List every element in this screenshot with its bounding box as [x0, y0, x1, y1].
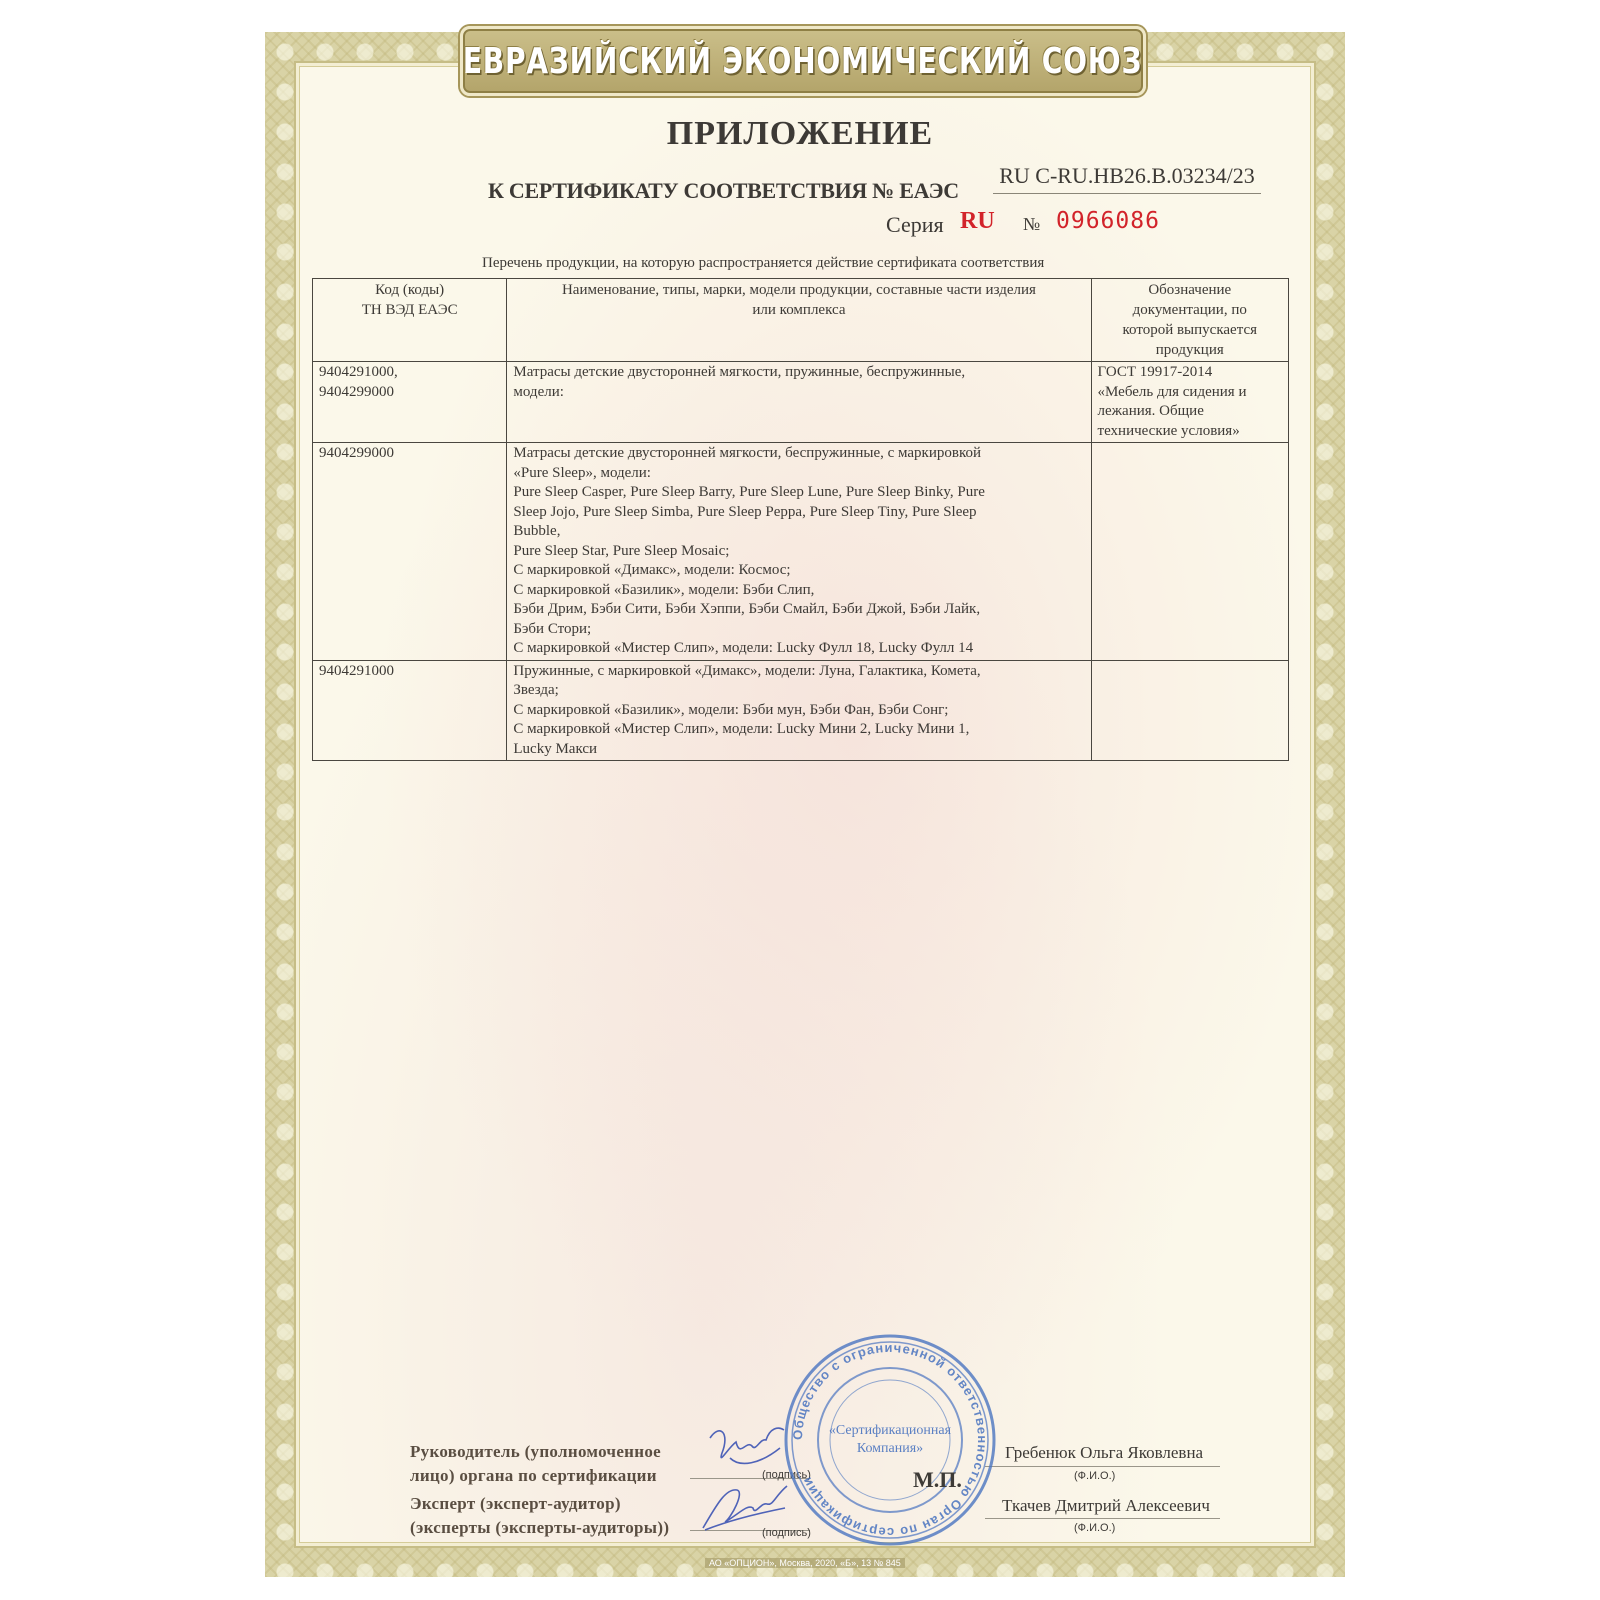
stamp-seal-icon: Общество с ограниченной ответственностью… — [780, 1330, 1000, 1550]
cell-name-line: С маркировкой «Мистер Слип», модели: Luc… — [513, 720, 1084, 740]
expert-label: Эксперт (эксперт-аудитор) (эксперты (экс… — [410, 1492, 669, 1540]
cell-name-line: С маркировкой «Базилик», модели: Бэби Сл… — [513, 581, 1084, 601]
cell-code-line: 9404299000 — [319, 444, 500, 464]
col-header-name: Наименование, типы, марки, модели продук… — [507, 279, 1091, 362]
table-row: 9404299000Матрасы детские двусторонней м… — [313, 443, 1289, 661]
col-header-code: Код (коды)ТН ВЭД ЕАЭС — [313, 279, 507, 362]
cell-doc — [1091, 443, 1288, 661]
union-banner-text: ЕВРАЗИЙСКИЙ ЭКОНОМИЧЕСКИЙ СОЮЗ — [463, 41, 1142, 82]
cell-name-line: Pure Sleep Star, Pure Sleep Mosaic; — [513, 542, 1084, 562]
certificate-number: RU C-RU.НВ26.В.03234/23 — [993, 163, 1261, 194]
products-table: Код (коды)ТН ВЭД ЕАЭС Наименование, типы… — [312, 278, 1289, 761]
cell-name-line: С маркировкой «Базилик», модели: Бэби му… — [513, 701, 1084, 721]
cell-code: 9404299000 — [313, 443, 507, 661]
cell-name-line: С маркировкой «Мистер Слип», модели: Luc… — [513, 639, 1084, 659]
cell-code: 9404291000,9404299000 — [313, 362, 507, 443]
expert-name: Ткачев Дмитрий Алексеевич — [1002, 1496, 1210, 1516]
cell-name-line: Бэби Дрим, Бэби Сити, Бэби Хэппи, Бэби С… — [513, 600, 1084, 620]
certificate-subtitle: К СЕРТИФИКАТУ СООТВЕТСТВИЯ № ЕАЭС — [488, 178, 959, 204]
header-line: Обозначение — [1098, 280, 1282, 300]
header-line: продукция — [1098, 340, 1282, 360]
header-line: Наименование, типы, марки, модели продук… — [513, 280, 1084, 300]
expert-name-line — [985, 1518, 1220, 1519]
header-line: или комплекса — [513, 300, 1084, 320]
cell-name-line: Sleep Jojo, Pure Sleep Simba, Pure Sleep… — [513, 503, 1084, 523]
table-row: 9404291000,9404299000Матрасы детские дву… — [313, 362, 1289, 443]
expert-fio-caption: (Ф.И.О.) — [1074, 1522, 1115, 1534]
cell-code-line: 9404291000 — [319, 662, 500, 682]
union-banner: ЕВРАЗИЙСКИЙ ЭКОНОМИЧЕСКИЙ СОЮЗ — [460, 26, 1146, 96]
table-header-row: Код (коды)ТН ВЭД ЕАЭС Наименование, типы… — [313, 279, 1289, 362]
cell-doc-line: технические условия» — [1098, 422, 1282, 442]
svg-text:«Сертификационная: «Сертификационная — [829, 1423, 952, 1438]
col-header-doc: Обозначениедокументации, покоторой выпус… — [1091, 279, 1288, 362]
header-line: Код (коды) — [319, 280, 500, 300]
head-label: Руководитель (уполномоченное лицо) орган… — [410, 1440, 661, 1488]
cell-doc-line: ГОСТ 19917-2014 — [1098, 363, 1282, 383]
head-fio-caption: (Ф.И.О.) — [1074, 1470, 1115, 1482]
list-caption: Перечень продукции, на которую распростр… — [482, 255, 1044, 272]
cell-name: Пружинные, с маркировкой «Димакс», модел… — [507, 660, 1091, 761]
cell-name-line: Bubble, — [513, 522, 1084, 542]
cell-name: Матрасы детские двусторонней мягкости, п… — [507, 362, 1091, 443]
cell-name-line: Бэби Стори; — [513, 620, 1084, 640]
cell-doc-line: «Мебель для сидения и — [1098, 383, 1282, 403]
svg-text:Компания»: Компания» — [857, 1441, 923, 1456]
series-label: Серия — [886, 212, 944, 238]
printer-imprint: АО «ОПЦИОН», Москва, 2020, «Б», 13 № 845 — [705, 1558, 905, 1568]
cell-name-line: модели: — [513, 383, 1084, 403]
header-line: документации, по — [1098, 300, 1282, 320]
page-title: ПРИЛОЖЕНИЕ — [0, 115, 1600, 153]
cell-code-line: 9404299000 — [319, 383, 500, 403]
cell-doc — [1091, 660, 1288, 761]
cell-name-line: Звезда; — [513, 681, 1084, 701]
cell-name-line: Матрасы детские двусторонней мягкости, б… — [513, 444, 1084, 464]
cell-doc-line: лежания. Общие — [1098, 402, 1282, 422]
cell-name: Матрасы детские двусторонней мягкости, б… — [507, 443, 1091, 661]
header-line: ТН ВЭД ЕАЭС — [319, 300, 500, 320]
cell-name-line: Pure Sleep Casper, Pure Sleep Barry, Pur… — [513, 483, 1084, 503]
cell-name-line: С маркировкой «Димакс», модели: Космос; — [513, 561, 1084, 581]
cell-name-line: «Pure Sleep», модели: — [513, 464, 1084, 484]
header-line: которой выпускается — [1098, 320, 1282, 340]
expert-signature-icon — [695, 1478, 795, 1538]
table-row: 9404291000Пружинные, с маркировкой «Дима… — [313, 660, 1289, 761]
cell-code-line: 9404291000, — [319, 363, 500, 383]
head-name-line — [985, 1466, 1220, 1467]
series-value: RU — [960, 208, 995, 235]
svg-text:Общество с ограниченной ответс: Общество с ограниченной ответственностью… — [790, 1340, 990, 1540]
seal-label: М.П. — [913, 1467, 962, 1493]
cell-name-line: Lucky Макси — [513, 740, 1084, 760]
number-label: № — [1023, 214, 1040, 235]
cell-name-line: Пружинные, с маркировкой «Димакс», модел… — [513, 662, 1084, 682]
cell-doc: ГОСТ 19917-2014«Мебель для сидения илежа… — [1091, 362, 1288, 443]
head-signature-icon — [700, 1418, 790, 1478]
head-name: Гребенюк Ольга Яковлевна — [1005, 1443, 1203, 1463]
cell-code: 9404291000 — [313, 660, 507, 761]
form-number: 0966086 — [1056, 208, 1160, 234]
cell-name-line: Матрасы детские двусторонней мягкости, п… — [513, 363, 1084, 383]
